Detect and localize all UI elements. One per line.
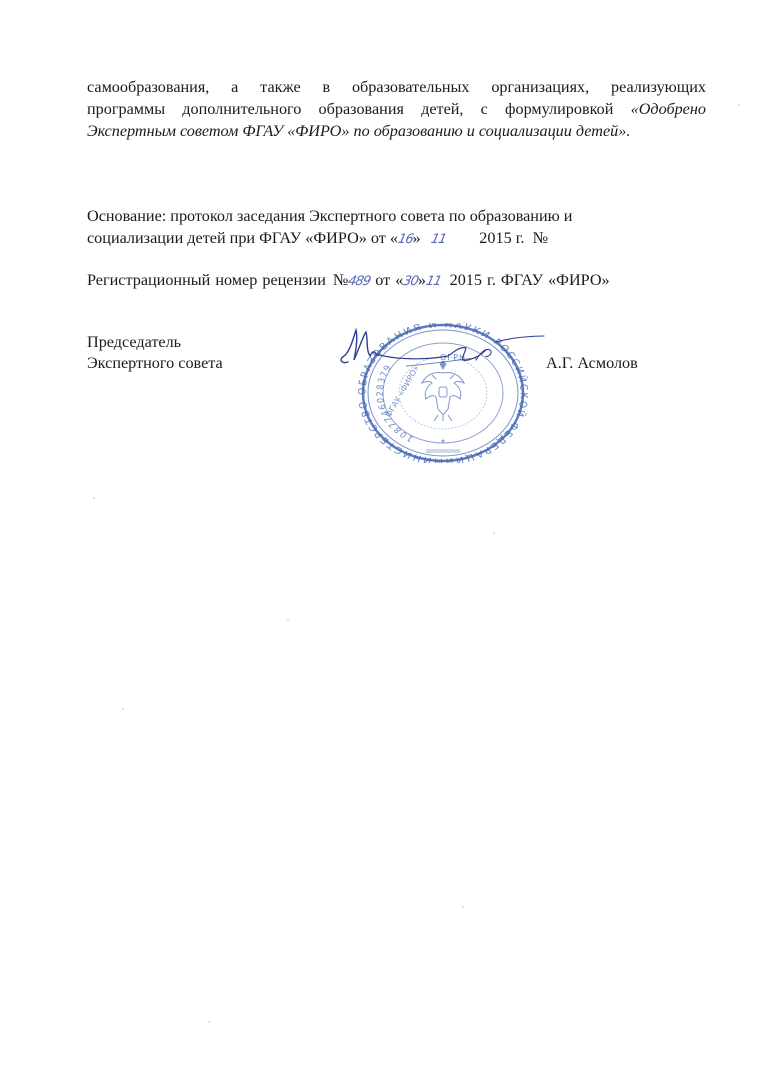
signatory-name-text: А.Г. Асмолов	[546, 354, 638, 372]
scan-speck	[93, 497, 95, 499]
scan-speck	[122, 708, 124, 710]
handwritten-signature-icon	[336, 326, 546, 376]
handwritten-month: 11	[429, 230, 448, 250]
handwritten-day: 16	[396, 230, 415, 250]
scan-speck	[493, 532, 495, 534]
handwritten-number: 489	[346, 272, 372, 292]
basis-text: Основание: протокол заседания Экспертног…	[87, 207, 572, 225]
scan-speck	[462, 906, 464, 908]
scan-speck	[287, 619, 289, 621]
paragraph-text: программы дополнительного образования де…	[87, 100, 613, 118]
registration-line: Регистрационный номер рецензии №489 от «…	[87, 270, 610, 292]
number-sign: №	[533, 229, 548, 247]
paragraph-line-1: самообразования, а также в образовательн…	[87, 77, 706, 97]
registration-label: Регистрационный номер рецензии	[87, 271, 326, 289]
paragraph-text: самообразования, а также в образовательн…	[87, 78, 706, 96]
approval-quote-end: Экспертным советом ФГАУ «ФИРО» по образо…	[87, 122, 630, 140]
signatory-title: Председатель	[87, 333, 181, 351]
paragraph-line-2: программы дополнительного образования де…	[87, 99, 706, 119]
handwritten-month: 11	[424, 272, 443, 292]
basis-line-2: социализации детей при ФГАУ «ФИРО» от «1…	[87, 228, 548, 250]
handwritten-day: 30	[401, 272, 420, 292]
basis-year: 2015 г.	[479, 229, 524, 247]
from-text: от	[375, 271, 390, 289]
signatory-name: А.Г. Асмолов	[546, 353, 638, 373]
scan-speck	[208, 1021, 210, 1023]
paragraph-line-3: Экспертным советом ФГАУ «ФИРО» по образо…	[87, 121, 630, 141]
scan-speck	[738, 104, 740, 106]
signatory-title: Экспертного совета	[87, 354, 223, 372]
registration-suffix: 2015 г. ФГАУ «ФИРО»	[450, 271, 610, 289]
signatory-title-line-1: Председатель	[87, 332, 181, 352]
signatory-title-line-2: Экспертного совета	[87, 353, 223, 373]
basis-line-1: Основание: протокол заседания Экспертног…	[87, 206, 572, 226]
basis-text-prefix: социализации детей при ФГАУ «ФИРО» от «	[87, 229, 398, 247]
approval-quote-start: «Одобрено	[631, 100, 706, 118]
